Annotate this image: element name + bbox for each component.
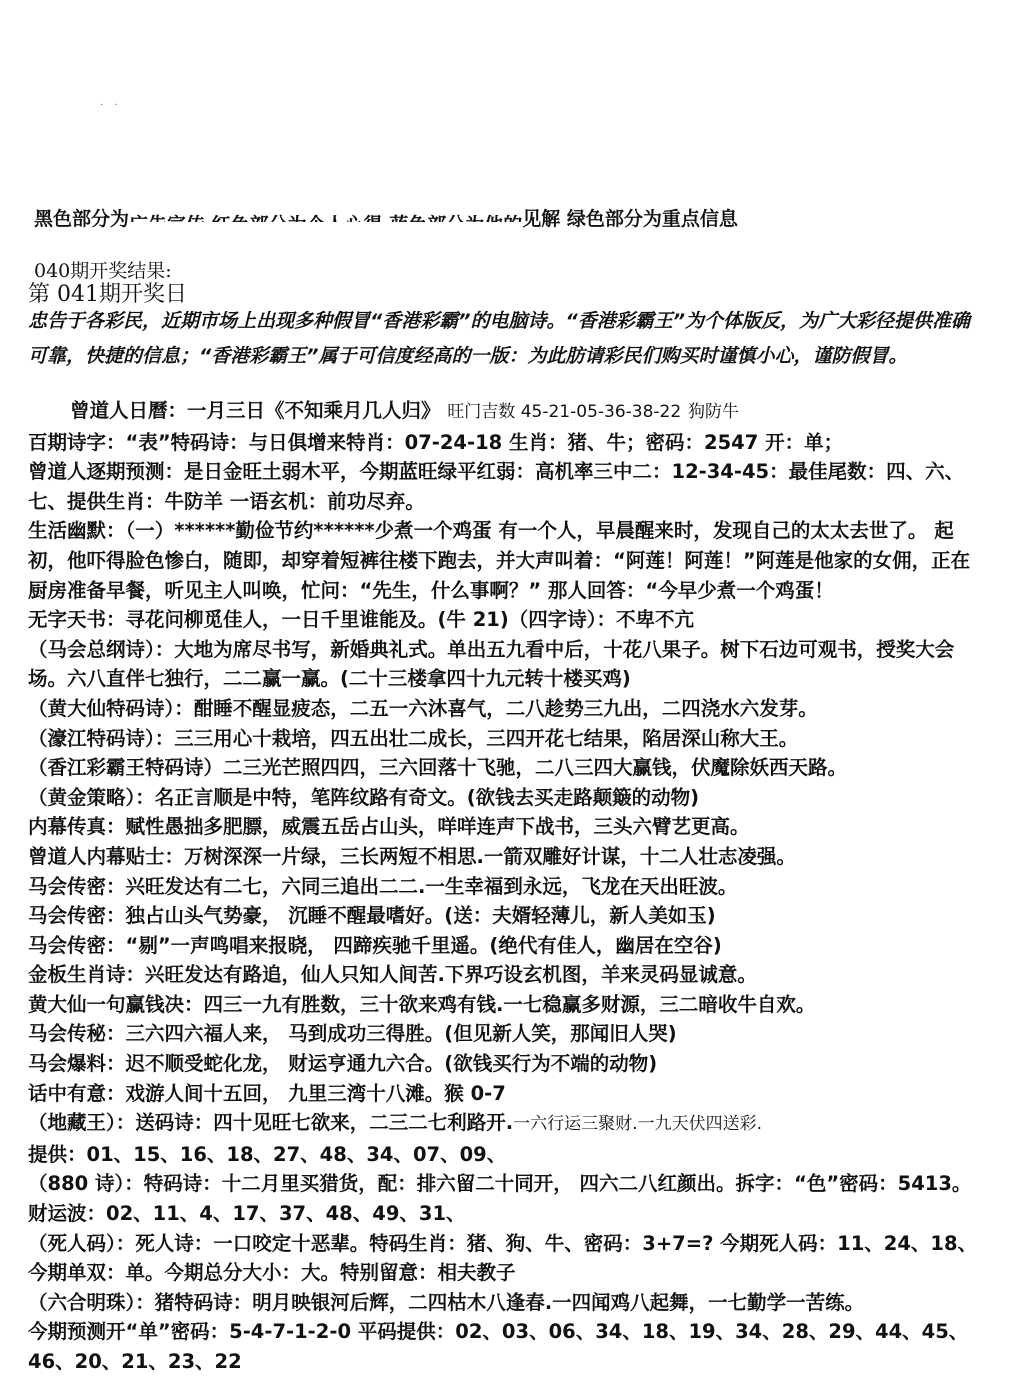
legend-start: 黑色部分为 [34,208,129,230]
line: 今期预测开“单”密码：5-4-7-1-2-0 平码提供：02、03、06、34、… [28,1317,988,1376]
line: （马会总纲诗）：大地为席尽书写，新婚典礼式。单出五九看中后，十花八果子。树下石边… [28,635,988,694]
legend-cut-text: 广告宣传 红色部分为个人心得 蓝色部分为他的 [129,210,522,222]
almanac-line: 曾道人日曆：一月三日《不知乘月几人归》 旺门吉数 45-21-05-36-38-… [28,396,988,428]
line: 无字天书：寻花问柳觅佳人，一日千里谁能及。(牛 21)（四字诗）：不卑不亢 [28,605,988,635]
line: （香江彩霸王特码诗）二三光芒照四四，三六回落十飞驰，二八三四大赢钱，伏魔除妖西天… [28,753,988,783]
line: （黄金策略）：名正言顺是中特，笔阵纹路有奇文。(欲钱去买走路颠簸的动物) [28,783,988,813]
line: 话中有意：戏游人间十五回， 九里三湾十八滩。猴 0-7 [28,1079,988,1109]
line: 曾道人逐期预测：是日金旺土弱木平，今期蓝旺绿平红弱：高机率三中二：12-34-4… [28,457,988,516]
dizang-bold: （地藏王）：送码诗：四十见旺七欲来，二三二七利路开. [28,1111,513,1134]
color-legend: 黑色部分为广告宣传 红色部分为个人心得 蓝色部分为他的见解 绿色部分为重点信息 [34,204,738,231]
line: 马会传密：独占山头气势豪， 沉睡不醒最嗜好。(送：夫婿轻薄儿，新人美如玉) [28,901,988,931]
line: 金板生肖诗：兴旺发达有路追，仙人只知人间苦.下界巧设玄机图，羊来灵码显诚意。 [28,960,988,990]
line: 马会传密：兴旺发达有二七，六同三追出二二.一生幸福到永远，飞龙在天出旺波。 [28,872,988,902]
scan-marks: · · [100,100,122,111]
line: 百期诗字：“表”特码诗：与日俱增来特肖：07-24-18 生肖：猪、牛；密码：2… [28,428,988,458]
line: 马会传秘：三六四六福人来， 马到成功三得胜。(但见新人笑，那闻旧人哭) [28,1019,988,1049]
line: 内幕传真：赋性愚拙多肥膘，威震五岳占山头，咩咩连声下战书，三头六臂艺更高。 [28,812,988,842]
line: （880 诗）：特码诗：十二月里买猎货，配：排六留二十同开， 四六二八红颜出。拆… [28,1169,988,1228]
line: 提供：01、15、16、18、27、48、34、07、09、 [28,1140,988,1170]
dizang-thin: 一六行运三聚财.一九天伏四送彩. [513,1114,762,1134]
line: 生活幽默：（一）******勤俭节约******少煮一个鸡蛋 有一个人，早晨醒来… [28,516,988,605]
line: （六合明珠）：猪特码诗：明月映银河后辉，二四枯木八逢春.一四闻鸡八起舞，一七勤学… [28,1288,988,1318]
almanac-label: 曾道人日曆：一月三日《不知乘月几人归》 [70,399,441,422]
line: 马会爆料：迟不顺受蛇化龙， 财运亨通九六合。(欲钱买行为不端的动物) [28,1049,988,1079]
line: 黄大仙一句赢钱决：四三一九有胜数，三十欲来鸡有钱.一七稳赢多财源，三二暗收牛自欢… [28,990,988,1020]
dizang-line: （地藏王）：送码诗：四十见旺七欲来，二三二七利路开.一六行运三聚财.一九天伏四送… [28,1108,988,1140]
line: 马会传密：“剔”一声鸣唱来报晓， 四蹄疾驰千里遥。(绝代有佳人，幽居在空谷) [28,931,988,961]
almanac-numbers: 旺门吉数 45-21-05-36-38-22 [447,402,681,422]
line: 曾道人内幕贴士：万树深深一片绿，三长两短不相思.一箭双雕好计谋，十二人壮志凌强。 [28,842,988,872]
content-body: 曾道人日曆：一月三日《不知乘月几人归》 旺门吉数 45-21-05-36-38-… [28,396,988,1377]
line: （濠江特码诗）：三三用心十栽培，四五出壮二成长，三四开花七结果，陷居深山称大王。 [28,724,988,754]
line: （死人码）：死人诗：一口咬定十恶辈。特码生肖：猪、狗、牛、密码：3+7=? 今期… [28,1229,988,1288]
almanac-tail: 狗防牛 [688,402,739,422]
line: （黄大仙特码诗）：酣睡不醒显疲态，二五一六沐喜气，二八趁势三九出，二四浇水六发芽… [28,694,988,724]
legend-end: 见解 绿色部分为重点信息 [522,208,738,230]
notice-paragraph: 忠告于各彩民，近期市场上出现多种假冒“香港彩霸”的电脑诗。“香港彩霸王”为个体版… [28,304,988,374]
